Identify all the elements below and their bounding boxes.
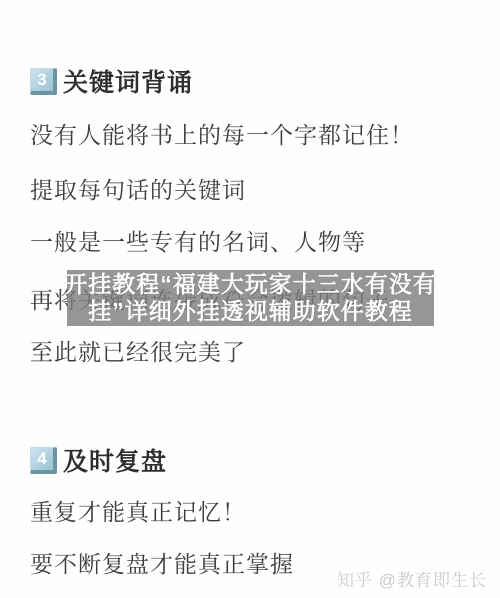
spam-overlay-text-line-2: 挂”详细外挂透视辅助软件教程 [88,298,413,325]
paragraph-line: 没有人能将书上的每一个字都记住！ [30,117,414,150]
paragraph-line: 重复才能真正记忆！ [30,494,246,527]
section-3-heading: 3 关键词背诵 [30,63,193,99]
paragraph-line: 要不断复盘才能真正掌握 [30,546,294,579]
article-page: 3 关键词背诵 没有人能将书上的每一个字都记住！ 提取每句话的关键词 一般是一些… [0,0,500,598]
section-3-title: 关键词背诵 [63,63,193,99]
section-4-number-badge: 4 [30,447,57,474]
spam-overlay-banner: 开挂教程“福建大玩家十三水有没有 挂”详细外挂透视辅助软件教程 [67,270,434,326]
section-4-heading: 4 及时复盘 [30,442,167,478]
zhihu-watermark: 知乎 @教育即生长 [337,566,487,591]
paragraph-line: 一般是一些专有的名词、人物等 [30,224,366,257]
section-3-number-badge: 3 [30,68,57,95]
paragraph-line: 至此就已经很完美了 [30,334,246,367]
section-4-title: 及时复盘 [63,442,167,478]
paragraph-line: 提取每句话的关键词 [30,172,246,205]
spam-overlay-text-line-1: 开挂教程“福建大玩家十三水有没有 [64,271,437,298]
